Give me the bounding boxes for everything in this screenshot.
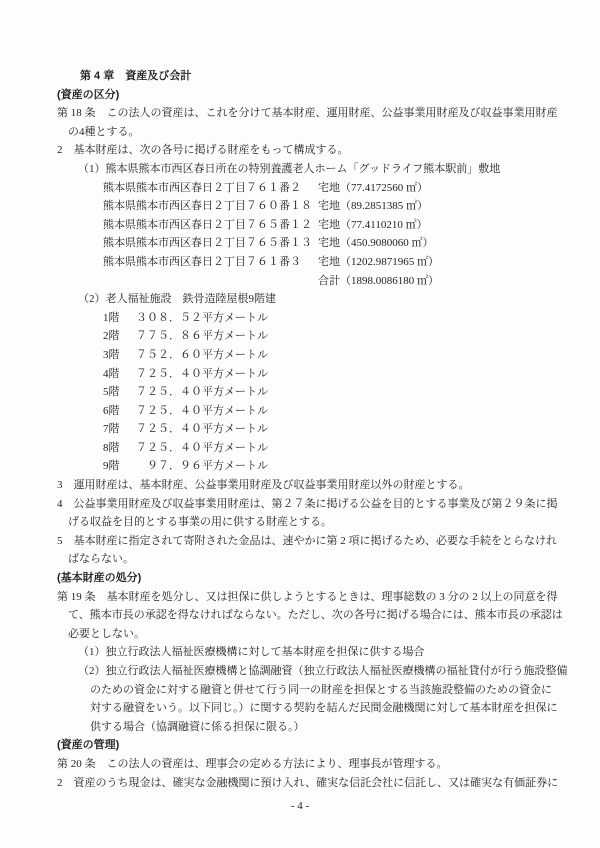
floor-label: 3階 <box>103 346 125 365</box>
floor-area: ７２５．４０平方メートル <box>136 439 268 458</box>
article-19-line-2: て、熊本市長の承認を得なければならない。ただし、次の各号に掲げる場合には、熊本市… <box>57 606 560 625</box>
floor-area: ７２５．４０平方メートル <box>136 402 268 421</box>
floor-area: ７２５．４０平方メートル <box>136 420 268 439</box>
article-19-line-1: 第 19 条 基本財産を処分し、又は担保に供しようとするときは、理事総数の 3 … <box>57 588 560 607</box>
floor-label: 2階 <box>103 327 125 346</box>
floor-area: ７７５．８６平方メートル <box>136 327 268 346</box>
floor-row: 2階７７５．８６平方メートル <box>57 327 560 346</box>
floor-label: 8階 <box>103 439 125 458</box>
parcel-row: 熊本県熊本市西区春日２丁目７６１番２宅地（77.4172560 ㎡） <box>57 179 560 198</box>
parcel-area: 宅地（1202.9871965 ㎡） <box>318 253 439 272</box>
article-19-line-3: 必要としない。 <box>57 625 560 644</box>
parcel-row: 熊本県熊本市西区春日２丁目７６０番１８宅地（89.2851385 ㎡） <box>57 197 560 216</box>
parcel-row: 熊本県熊本市西区春日２丁目７６５番１２宅地（77.4110210 ㎡） <box>57 216 560 235</box>
floor-area: ７２５．４０平方メートル <box>136 383 268 402</box>
chapter-heading: 第 4 章 資産及び会計 <box>57 67 560 86</box>
floor-row: 4階７２５．４０平方メートル <box>57 365 560 384</box>
parcel-total-area: 合計（1898.0086180 ㎡） <box>318 272 439 291</box>
floor-label: 6階 <box>103 402 125 421</box>
article-18-para-3: 3 運用財産は、基本財産、公益事業用財産及び収益事業用財産以外の財産とする。 <box>57 476 560 495</box>
item-2-heading: （2）老人福祉施設 鉄骨造陸屋根9階建 <box>57 290 560 309</box>
floor-row: 5階７２５．４０平方メートル <box>57 383 560 402</box>
article-18-para-2: 2 基本財産は、次の各号に掲げる財産をもって構成する。 <box>57 141 560 160</box>
floor-area: ７２５．４０平方メートル <box>136 365 268 384</box>
parcel-area: 宅地（77.4110210 ㎡） <box>318 216 428 235</box>
parcel-row: 熊本県熊本市西区春日２丁目７６１番３宅地（1202.9871965 ㎡） <box>57 253 560 272</box>
document-page: 第 4 章 資産及び会計 (資産の区分) 第 18 条 この法人の資産は、これを… <box>0 0 600 848</box>
floor-area: ３０８．５２平方メートル <box>136 309 268 328</box>
parcel-area: 宅地（89.2851385 ㎡） <box>318 197 428 216</box>
floor-area: ７５２．６０平方メートル <box>136 346 268 365</box>
page-number: - 4 - <box>0 800 600 812</box>
article-19-item-2-line-4: 供する場合（協調融資に係る担保に限る。） <box>57 718 560 737</box>
article-18-para-4-line-1: 4 公益事業用財産及び収益事業用財産は、第２７条に掲げる公益を目的とする事業及び… <box>57 495 560 514</box>
article-20-line-1: 第 20 条 この法人の資産は、理事会の定める方法により、理事長が管理する。 <box>57 755 560 774</box>
floor-row: 1階３０８．５２平方メートル <box>57 309 560 328</box>
article-18-para-4-line-2: げる収益を目的とする事業の用に供する財産とする。 <box>57 513 560 532</box>
article-18-para-5-line-1: 5 基本財産に指定されて寄附された金品は、速やかに第 2 項に掲げるため、必要な… <box>57 532 560 551</box>
floor-label: 1階 <box>103 309 125 328</box>
item-1-heading: （1）熊本県熊本市西区春日所在の特別養護老人ホーム「グッドライフ熊本駅前」敷地 <box>57 160 560 179</box>
parcel-address: 熊本県熊本市西区春日２丁目７６１番３ <box>103 253 318 272</box>
article-20-para-2: 2 資産のうち現金は、確実な金融機関に預け入れ、確実な信託会社に信託し、又は確実… <box>57 774 560 793</box>
section-heading-asset-classification: (資産の区分) <box>57 86 560 105</box>
article-19-item-2-line-3: 対する融資をいう。以下同じ。）に関する契約を結んだ民間金融機関に対して基本財産を… <box>57 699 560 718</box>
article-18-line-1: 第 18 条 この法人の資産は、これを分けて基本財産、運用財産、公益事業用財産及… <box>57 104 560 123</box>
parcel-area: 宅地（77.4172560 ㎡） <box>318 179 428 198</box>
parcel-area: 宅地（450.9080060 ㎡） <box>318 234 434 253</box>
floor-row: 6階７２５．４０平方メートル <box>57 402 560 421</box>
floor-row: 8階７２５．４０平方メートル <box>57 439 560 458</box>
floor-label: 5階 <box>103 383 125 402</box>
parcel-address: 熊本県熊本市西区春日２丁目７６５番１３ <box>103 234 318 253</box>
parcel-total-spacer <box>103 272 318 291</box>
floor-label: 4階 <box>103 365 125 384</box>
section-heading-basic-asset-disposal: (基本財産の処分) <box>57 569 560 588</box>
floor-row: 9階 ９７．９６平方メートル <box>57 457 560 476</box>
parcel-address: 熊本県熊本市西区春日２丁目７６０番１８ <box>103 197 318 216</box>
section-heading-asset-management: (資産の管理) <box>57 736 560 755</box>
parcel-row: 熊本県熊本市西区春日２丁目７６５番１３宅地（450.9080060 ㎡） <box>57 234 560 253</box>
floor-label: 7階 <box>103 420 125 439</box>
floor-row: 7階７２５．４０平方メートル <box>57 420 560 439</box>
article-18-line-2: の4種とする。 <box>57 123 560 142</box>
article-19-item-2-line-2: のための資金に対する融資と併せて行う同一の財産を担保とする当該施設整備のための資… <box>57 681 560 700</box>
floor-label: 9階 <box>103 457 125 476</box>
parcel-address: 熊本県熊本市西区春日２丁目７６１番２ <box>103 179 318 198</box>
floor-row: 3階７５２．６０平方メートル <box>57 346 560 365</box>
article-19-item-2-line-1: （2）独立行政法人福祉医療機構と協調融資（独立行政法人福祉医療機構の福祉貸付が行… <box>57 662 560 681</box>
article-19-item-1: （1）独立行政法人福祉医療機構に対して基本財産を担保に供する場合 <box>57 643 560 662</box>
parcel-address: 熊本県熊本市西区春日２丁目７６５番１２ <box>103 216 318 235</box>
parcel-total-row: 合計（1898.0086180 ㎡） <box>57 272 560 291</box>
floor-area: ９７．９６平方メートル <box>136 457 268 476</box>
article-18-para-5-line-2: ばならない。 <box>57 550 560 569</box>
